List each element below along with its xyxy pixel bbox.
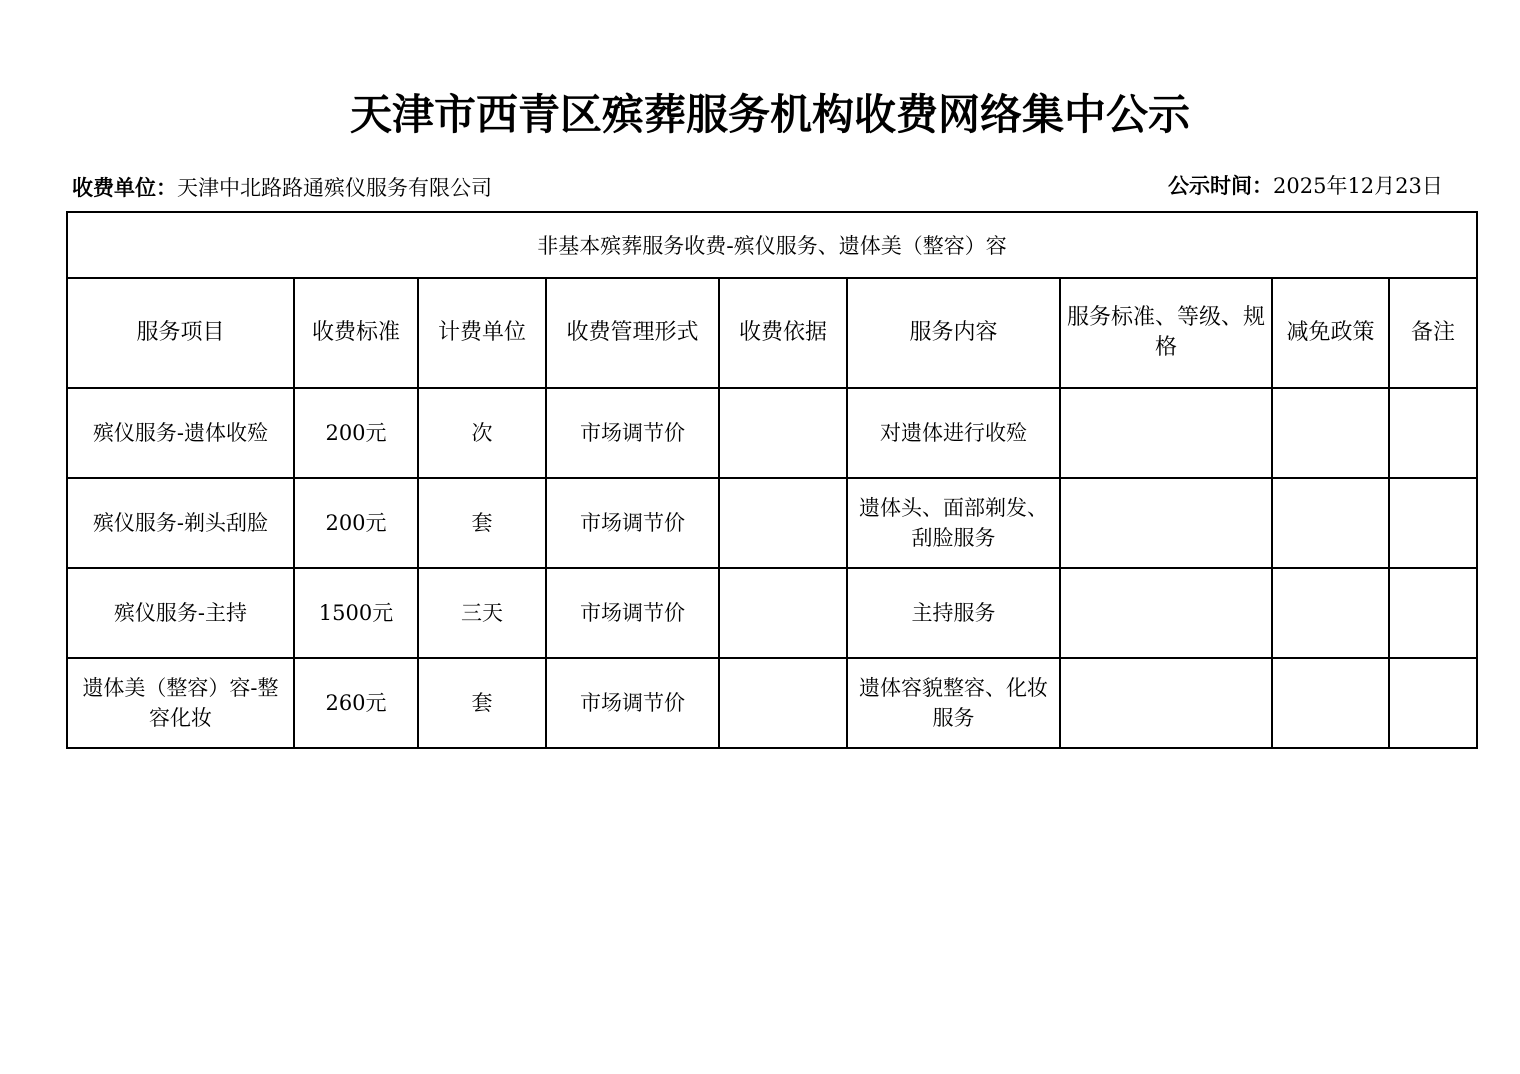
cell-basis xyxy=(719,658,847,748)
header-price: 收费标准 xyxy=(294,278,418,388)
header-basis: 收费依据 xyxy=(719,278,847,388)
header-content: 服务内容 xyxy=(847,278,1060,388)
cell-management: 市场调节价 xyxy=(546,658,719,748)
cell-standard xyxy=(1060,388,1272,478)
cell-content: 遗体头、面部剃发、刮脸服务 xyxy=(847,478,1060,568)
page-title: 天津市西青区殡葬服务机构收费网络集中公示 xyxy=(0,82,1520,142)
publish-time-value: 2025年12月23日 xyxy=(1273,174,1443,198)
cell-price: 200元 xyxy=(294,388,418,478)
table-row: 遗体美（整容）容-整容化妆 260元 套 市场调节价 遗体容貌整容、化妆服务 xyxy=(67,658,1477,748)
cell-management: 市场调节价 xyxy=(546,568,719,658)
cell-basis xyxy=(719,568,847,658)
cell-policy xyxy=(1272,478,1389,568)
cell-unit: 套 xyxy=(418,658,546,748)
cell-remark xyxy=(1389,388,1477,478)
cell-basis xyxy=(719,478,847,568)
cell-basis xyxy=(719,388,847,478)
table-row: 殡仪服务-剃头刮脸 200元 套 市场调节价 遗体头、面部剃发、刮脸服务 xyxy=(67,478,1477,568)
cell-unit: 三天 xyxy=(418,568,546,658)
table-caption: 非基本殡葬服务收费-殡仪服务、遗体美（整容）容 xyxy=(67,212,1477,278)
publish-time: 公示时间：2025年12月23日 xyxy=(1168,170,1443,200)
header-service-item: 服务项目 xyxy=(67,278,294,388)
cell-price: 200元 xyxy=(294,478,418,568)
cell-item: 殡仪服务-剃头刮脸 xyxy=(67,478,294,568)
cell-item: 殡仪服务-主持 xyxy=(67,568,294,658)
header-policy: 减免政策 xyxy=(1272,278,1389,388)
cell-management: 市场调节价 xyxy=(546,478,719,568)
cell-standard xyxy=(1060,478,1272,568)
publish-time-label: 公示时间： xyxy=(1168,174,1273,198)
caption-row: 非基本殡葬服务收费-殡仪服务、遗体美（整容）容 xyxy=(67,212,1477,278)
cell-unit: 套 xyxy=(418,478,546,568)
charging-unit: 收费单位：天津中北路路通殡仪服务有限公司 xyxy=(72,172,492,202)
header-management: 收费管理形式 xyxy=(546,278,719,388)
cell-management: 市场调节价 xyxy=(546,388,719,478)
cell-remark xyxy=(1389,658,1477,748)
header-remark: 备注 xyxy=(1389,278,1477,388)
charging-unit-value: 天津中北路路通殡仪服务有限公司 xyxy=(177,176,492,200)
cell-item: 殡仪服务-遗体收殓 xyxy=(67,388,294,478)
cell-price: 260元 xyxy=(294,658,418,748)
cell-policy xyxy=(1272,658,1389,748)
cell-unit: 次 xyxy=(418,388,546,478)
cell-content: 对遗体进行收殓 xyxy=(847,388,1060,478)
cell-item: 遗体美（整容）容-整容化妆 xyxy=(67,658,294,748)
header-standard: 服务标准、等级、规格 xyxy=(1060,278,1272,388)
cell-content: 遗体容貌整容、化妆服务 xyxy=(847,658,1060,748)
cell-policy xyxy=(1272,388,1389,478)
cell-policy xyxy=(1272,568,1389,658)
cell-remark xyxy=(1389,478,1477,568)
header-unit: 计费单位 xyxy=(418,278,546,388)
cell-standard xyxy=(1060,568,1272,658)
fee-table: 非基本殡葬服务收费-殡仪服务、遗体美（整容）容 服务项目 收费标准 计费单位 收… xyxy=(66,211,1478,749)
table-row: 殡仪服务-遗体收殓 200元 次 市场调节价 对遗体进行收殓 xyxy=(67,388,1477,478)
cell-remark xyxy=(1389,568,1477,658)
charging-unit-label: 收费单位： xyxy=(72,176,177,200)
cell-price: 1500元 xyxy=(294,568,418,658)
header-row: 服务项目 收费标准 计费单位 收费管理形式 收费依据 服务内容 服务标准、等级、… xyxy=(67,278,1477,388)
cell-content: 主持服务 xyxy=(847,568,1060,658)
cell-standard xyxy=(1060,658,1272,748)
table-row: 殡仪服务-主持 1500元 三天 市场调节价 主持服务 xyxy=(67,568,1477,658)
